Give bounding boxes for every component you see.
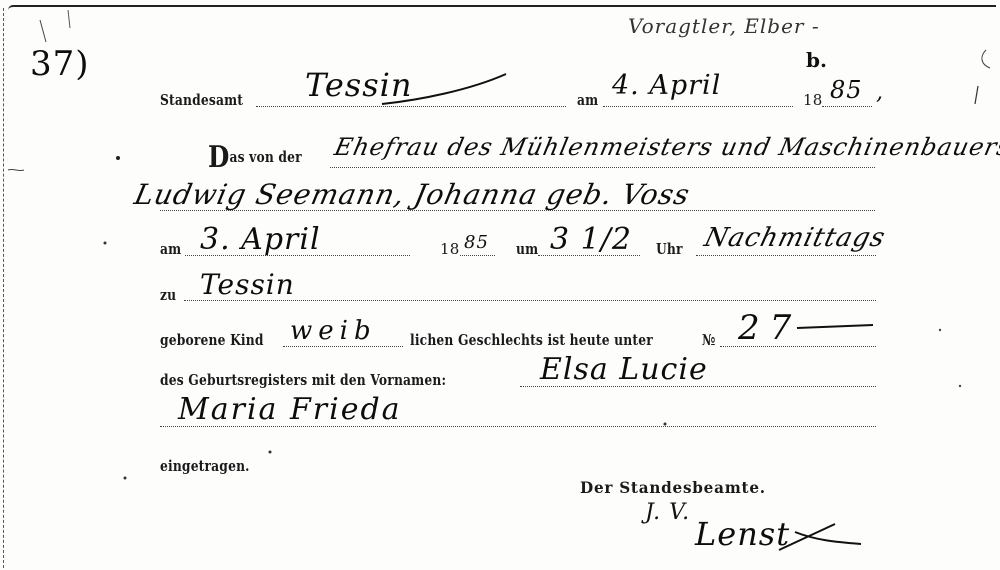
birth-register-document: 37) Voragtler, Elber - b. Standesamt Tes…	[0, 0, 1000, 570]
scan-noise	[0, 0, 1000, 570]
